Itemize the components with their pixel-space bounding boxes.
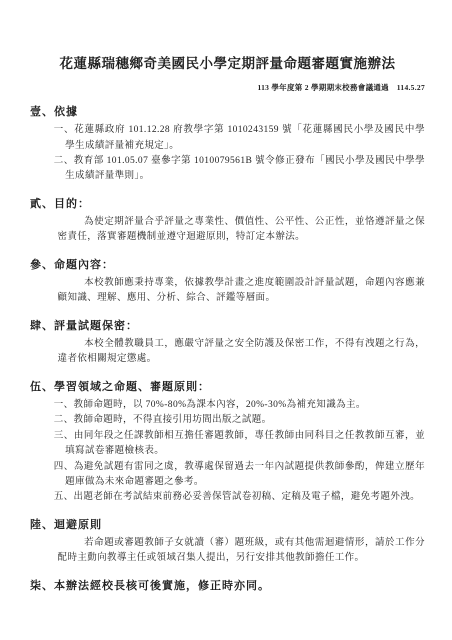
section-heading: 參、命題內容： — [30, 258, 425, 272]
section-question-content: 參、命題內容： 本校教師應秉持專業，依據教學計畫之進度範圍設計評量試題，命題內容… — [30, 258, 425, 307]
section-heading: 壹、依據 — [30, 105, 425, 119]
section-basis: 壹、依據 一、花蓮縣政府 101.12.28 府教學字第 1010243159 … — [30, 105, 425, 185]
list-item: 二、教育部 101.05.07 臺參字第 1010079561B 號令修正發布「… — [54, 154, 425, 185]
section-recusal: 陸、迴避原則 若命題或審題教師子女就讀（審）題班級，或有其他需迴避情形，請於工作… — [30, 518, 425, 567]
section-heading: 陸、迴避原則 — [30, 518, 425, 532]
section-purpose: 貳、目的： 為使定期評量合乎評量之專業性、價值性、公平性、公正性，並恪遵評量之保… — [30, 197, 425, 246]
section-confidentiality: 肆、評量試題保密： 本校全體教職員工，應嚴守評量之安全防護及保密工作，不得有洩題… — [30, 319, 425, 368]
approval-note: 113 學年度第 2 學期期末校務會議通過 114.5.27 — [30, 82, 425, 93]
section-paragraph: 本校教師應秉持專業，依據教學計畫之進度範圍設計評量試題，命題內容應兼顧知識、理解… — [58, 276, 425, 307]
section-heading: 肆、評量試題保密： — [30, 319, 425, 333]
section-heading: 柒、本辦法經校長核可後實施，修正時亦同。 — [30, 579, 425, 593]
section-paragraph: 為使定期評量合乎評量之專業性、價值性、公平性、公正性，並恪遵評量之保密責任，落實… — [58, 215, 425, 246]
page-title: 花蓮縣瑞穗鄉奇美國民小學定期評量命題審題實施辦法 — [30, 56, 425, 73]
list-item: 三、由同年段之任課教師相互擔任審題教師，專任教師由同科目之任教教師互審，並填寫試… — [54, 429, 425, 460]
list-item: 一、教師命題時，以 70%-80%為課本內容，20%-30%為補充知識為主。 — [54, 398, 425, 413]
list-item: 四、為避免試題有雷同之虞，教導處保留過去一年內試題提供教師參酌，俾建立歷年題庫做… — [54, 460, 425, 491]
section-heading: 貳、目的： — [30, 197, 425, 211]
list-item: 五、出題老師在考試結束前務必妥善保管試卷初稿、定稿及電子檔，避免考題外洩。 — [54, 490, 425, 505]
list-item: 一、花蓮縣政府 101.12.28 府教學字第 1010243159 號「花蓮縣… — [54, 123, 425, 154]
section-heading: 伍、學習領域之命題、審題原則： — [30, 380, 425, 394]
section-implementation: 柒、本辦法經校長核可後實施，修正時亦同。 — [30, 579, 425, 593]
section-principles: 伍、學習領域之命題、審題原則： 一、教師命題時，以 70%-80%為課本內容，2… — [30, 380, 425, 506]
section-paragraph: 若命題或審題教師子女就讀（審）題班級，或有其他需迴避情形，請於工作分配時主動向教… — [58, 536, 425, 567]
section-paragraph: 本校全體教職員工，應嚴守評量之安全防護及保密工作，不得有洩題之行為，違者依相關規… — [58, 337, 425, 368]
list-item: 二、教師命題時，不得直接引用坊間出版之試題。 — [54, 413, 425, 428]
document-page: 花蓮縣瑞穗鄉奇美國民小學定期評量命題審題實施辦法 113 學年度第 2 學期期末… — [0, 0, 452, 640]
